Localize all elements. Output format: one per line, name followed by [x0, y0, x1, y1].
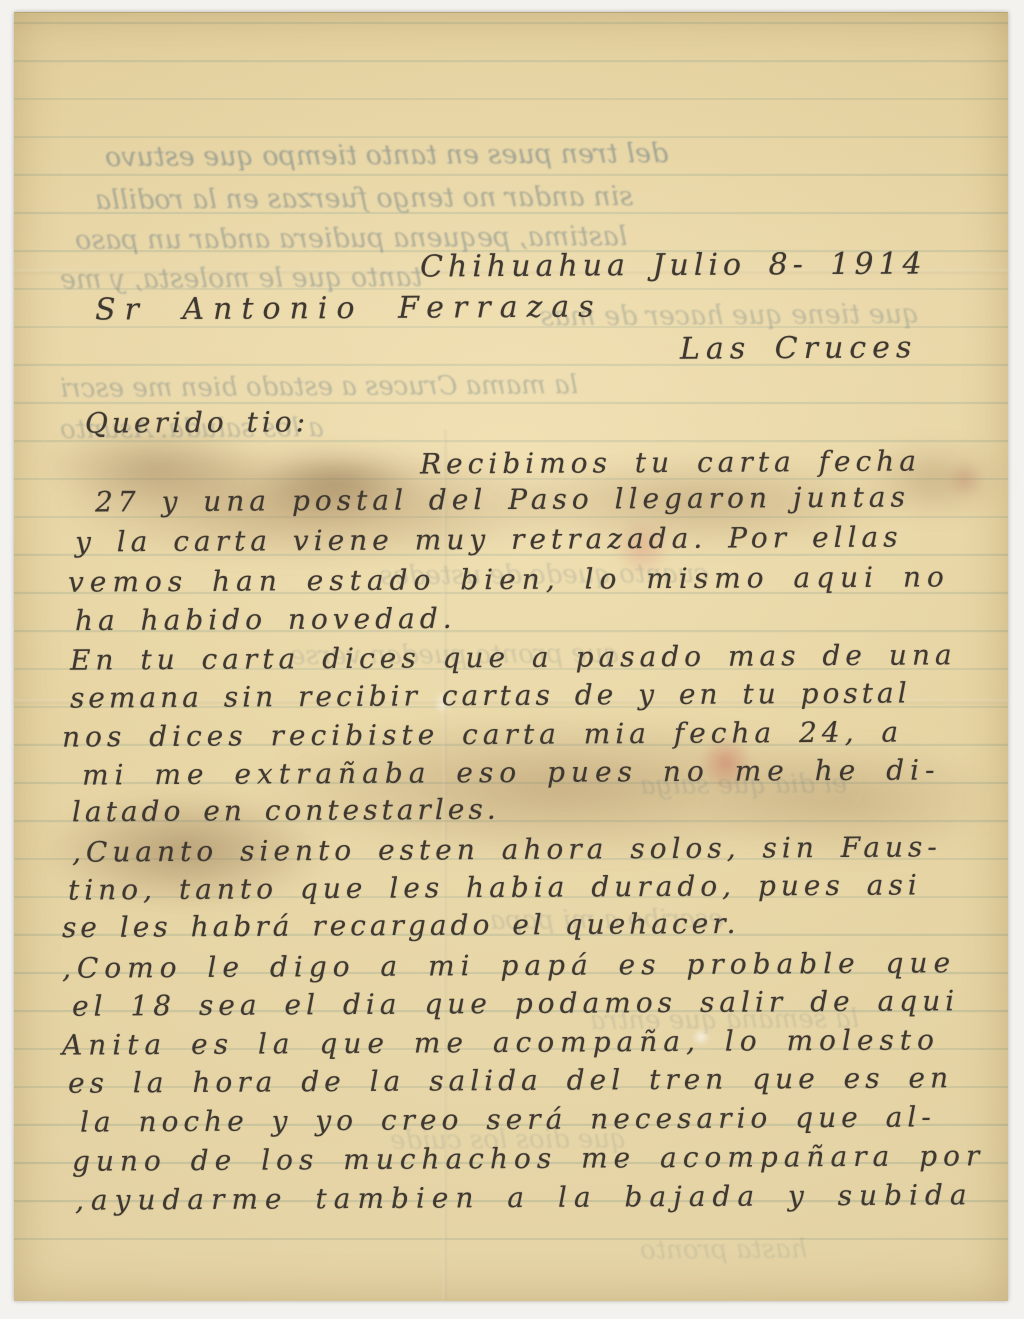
- fold-crease: [14, 270, 1008, 273]
- scanned-letter-screenshot: { "letter": { "language": "Spanish", "he…: [0, 0, 1024, 1319]
- fold-crease: [14, 700, 1008, 703]
- fold-crease: [443, 430, 446, 1300]
- letter-page: [14, 12, 1008, 1301]
